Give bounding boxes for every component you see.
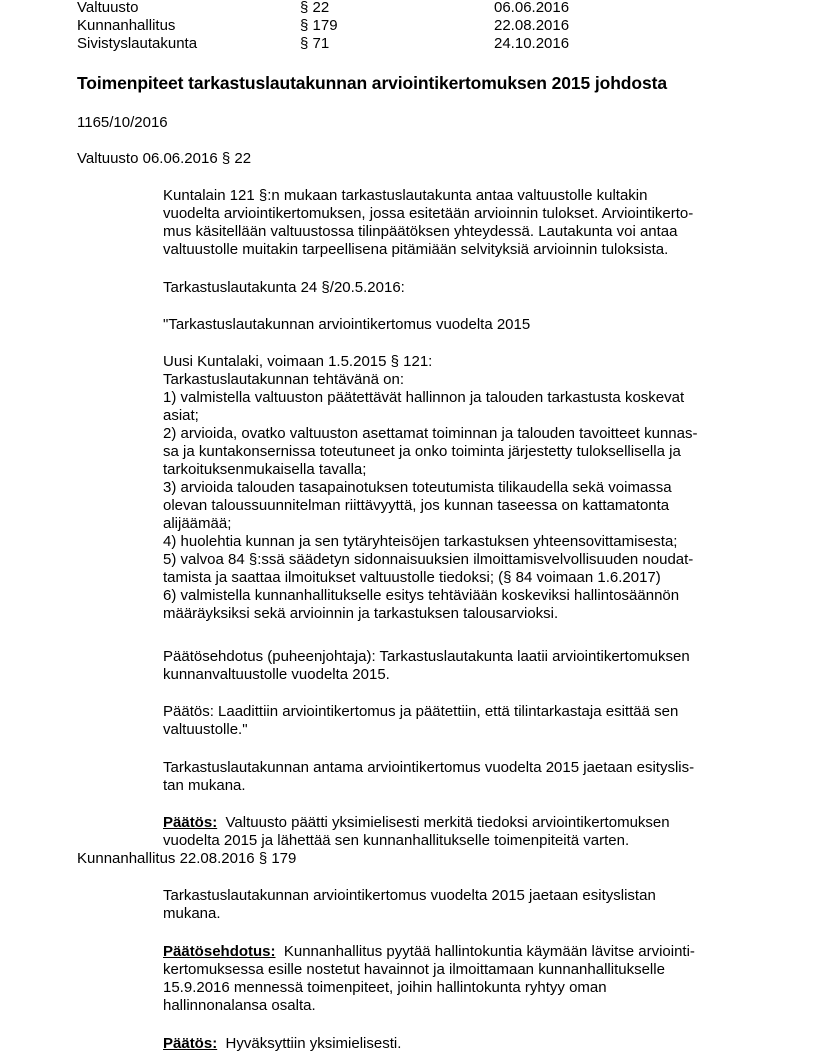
- text-line: määräyksiksi sekä arvioinnin ja tarkastu…: [163, 605, 743, 623]
- text-line: valtuustolle.": [163, 721, 743, 739]
- kunnanhallitus-heading: Kunnanhallitus 22.08.2016 § 179: [77, 850, 296, 868]
- text-line: "Tarkastuslautakunnan arviointikertomus …: [163, 316, 743, 334]
- meeting-date: 24.10.2016: [494, 35, 569, 53]
- kunnanhallitus-proposal: Päätösehdotus: Kunnanhallitus pyytää hal…: [163, 943, 743, 1015]
- valtuusto-intro: Kuntalain 121 §:n mukaan tarkastuslautak…: [163, 187, 743, 259]
- decision-text: Hyväksyttiin yksimielisesti.: [226, 1035, 402, 1052]
- text-line: mus käsitellään valtuustossa tilinpäätök…: [163, 223, 743, 241]
- proposal-label: Päätösehdotus:: [163, 943, 276, 960]
- text-line: 2) arvioida, ovatko valtuuston asettamat…: [163, 425, 743, 443]
- decision-label: Päätös:: [163, 814, 217, 831]
- text-line: mukana.: [163, 905, 743, 923]
- meeting-body: Sivistyslautakunta: [77, 35, 197, 53]
- text-line: 5) valvoa 84 §:ssä säädetyn sidonnaisuuk…: [163, 551, 743, 569]
- text-line: tamista ja saattaa ilmoitukset valtuusto…: [163, 569, 743, 587]
- text-line: Päätösehdotus: Kunnanhallitus pyytää hal…: [163, 943, 743, 961]
- meeting-date: 22.08.2016: [494, 17, 569, 35]
- board-decision: Päätös: Laadittiin arviointikertomus ja …: [163, 703, 743, 739]
- text-line: 1) valmistella valtuuston päätettävät ha…: [163, 389, 743, 407]
- valtuusto-heading: Valtuusto 06.06.2016 § 22: [77, 150, 251, 168]
- text-line: kunnanvaltuustolle vuodelta 2015.: [163, 666, 743, 684]
- text-line: tarkoituksenmukaisella tavalla;: [163, 461, 743, 479]
- text-line: vuodelta arviointikertomuksen, jossa esi…: [163, 205, 743, 223]
- text-line: tan mukana.: [163, 777, 743, 795]
- text-line: 3) arvioida talouden tasapainotuksen tot…: [163, 479, 743, 497]
- decision-label: Päätös:: [163, 1035, 217, 1052]
- proposal-text: Kunnanhallitus pyytää hallintokuntia käy…: [284, 943, 695, 960]
- text-line: Tarkastuslautakunta 24 §/20.5.2016:: [163, 279, 743, 297]
- text-line: 15.9.2016 mennessä toimenpiteet, joihin …: [163, 979, 743, 997]
- text-line: Päätös: Laadittiin arviointikertomus ja …: [163, 703, 743, 721]
- document-title: Toimenpiteet tarkastuslautakunnan arvioi…: [77, 74, 667, 92]
- text-line: kertomuksessa esille nostetut havainnot …: [163, 961, 743, 979]
- valtuusto-decision: Päätös: Valtuusto päätti yksimielisesti …: [163, 814, 743, 850]
- meeting-section: § 71: [300, 35, 329, 53]
- text-line: Päätösehdotus (puheenjohtaja): Tarkastus…: [163, 648, 743, 666]
- meeting-row: Sivistyslautakunta § 71 24.10.2016: [77, 35, 637, 53]
- kunnanhallitus-distribution: Tarkastuslautakunnan arviointikertomus v…: [163, 887, 743, 923]
- text-line: Tarkastuslautakunnan arviointikertomus v…: [163, 887, 743, 905]
- law-text: Uusi Kuntalaki, voimaan 1.5.2015 § 121: …: [163, 353, 743, 623]
- kunnanhallitus-decision: Päätös: Hyväksyttiin yksimielisesti.: [163, 1035, 743, 1053]
- text-line: Päätös: Hyväksyttiin yksimielisesti.: [163, 1035, 743, 1053]
- meeting-row: Valtuusto § 22 06.06.2016: [77, 0, 637, 17]
- text-line: sa ja kuntakonsernissa toteutuneet ja on…: [163, 443, 743, 461]
- meeting-body: Valtuusto: [77, 0, 138, 17]
- text-line: Uusi Kuntalaki, voimaan 1.5.2015 § 121:: [163, 353, 743, 371]
- text-line: vuodelta 2015 ja lähettää sen kunnanhall…: [163, 832, 743, 850]
- text-line: 6) valmistella kunnanhallitukselle esity…: [163, 587, 743, 605]
- board-reference: Tarkastuslautakunta 24 §/20.5.2016:: [163, 279, 743, 297]
- text-line: olevan taloussuunnitelman riittävyyttä, …: [163, 497, 743, 515]
- text-line: Tarkastuslautakunnan antama arviointiker…: [163, 759, 743, 777]
- chair-proposal: Päätösehdotus (puheenjohtaja): Tarkastus…: [163, 648, 743, 684]
- text-line: 4) huolehtia kunnan ja sen tytäryhteisöj…: [163, 533, 743, 551]
- text-line: alijäämää;: [163, 515, 743, 533]
- text-line: Kuntalain 121 §:n mukaan tarkastuslautak…: [163, 187, 743, 205]
- meeting-row: Kunnanhallitus § 179 22.08.2016: [77, 17, 637, 35]
- text-line: Päätös: Valtuusto päätti yksimielisesti …: [163, 814, 743, 832]
- text-line: Tarkastuslautakunnan tehtävänä on:: [163, 371, 743, 389]
- text-line: hallinnonalansa osalta.: [163, 997, 743, 1015]
- quote-title: "Tarkastuslautakunnan arviointikertomus …: [163, 316, 743, 334]
- meeting-section: § 22: [300, 0, 329, 17]
- record-number: 1165/10/2016: [77, 114, 168, 132]
- meeting-section: § 179: [300, 17, 338, 35]
- text-line: valtuustolle muitakin tarpeellisena pitä…: [163, 241, 743, 259]
- valtuusto-distribution: Tarkastuslautakunnan antama arviointiker…: [163, 759, 743, 795]
- text-line: asiat;: [163, 407, 743, 425]
- decision-text: Valtuusto päätti yksimielisesti merkitä …: [226, 814, 670, 831]
- meeting-date: 06.06.2016: [494, 0, 569, 17]
- meeting-body: Kunnanhallitus: [77, 17, 175, 35]
